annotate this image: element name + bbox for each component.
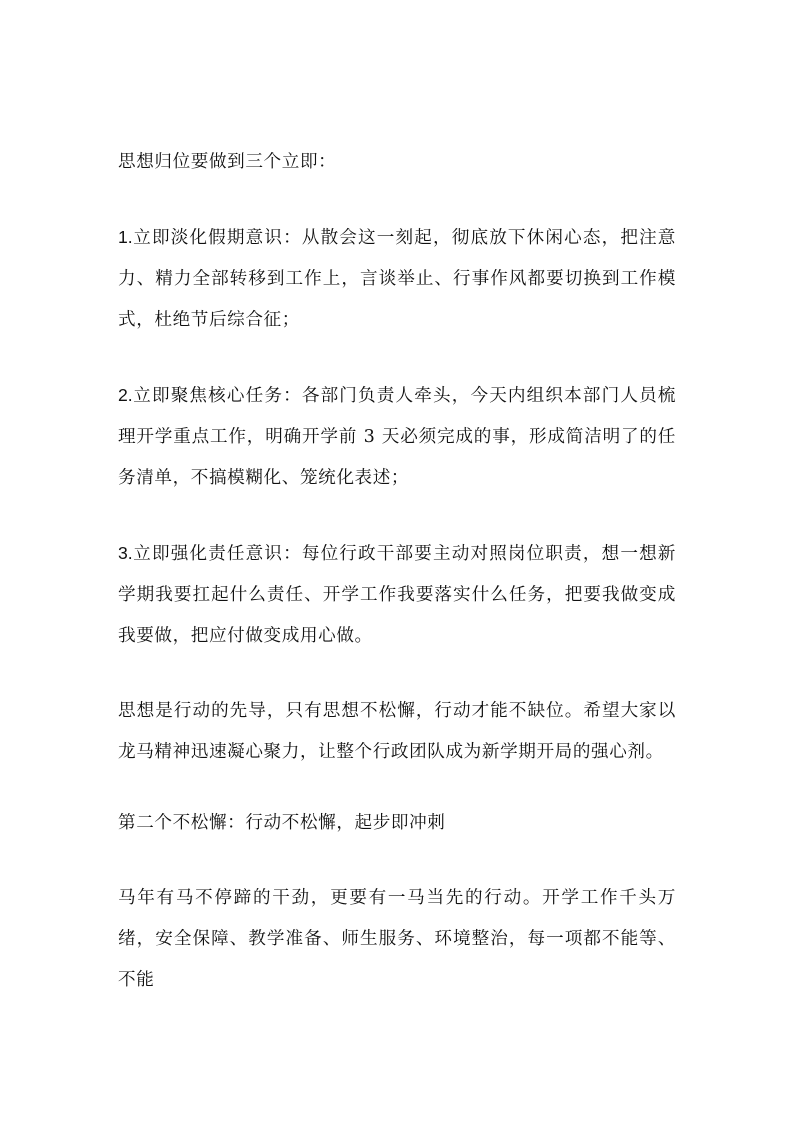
paragraph-spacer — [118, 773, 676, 803]
paragraph-item-3: 3.立即强化责任意识：每位行政干部要主动对照岗位职责，想一想新学期我要扛起什么责… — [118, 533, 676, 657]
paragraph-text: 立即强化责任意识：每位行政干部要主动对照岗位职责，想一想新学期我要扛起什么责任、… — [118, 544, 676, 646]
section-heading: 第二个不松懈：行动不松懈，起步即冲刺 — [118, 803, 676, 844]
paragraph-text: 立即淡化假期意识：从散会这一刻起，彻底放下休闲心态，把注意力、精力全部转移到工作… — [118, 228, 676, 330]
paragraph-text: 马年有马不停蹄的干劲，更要有一马当先的行动。开学工作千头万绪，安全保障、教学准备… — [118, 888, 676, 990]
list-number: 2. — [118, 385, 133, 405]
paragraph-spacer — [118, 341, 676, 375]
paragraph-intro: 思想归位要做到三个立即： — [118, 142, 676, 183]
paragraph-spacer — [118, 657, 676, 691]
paragraph-spacer — [118, 499, 676, 533]
paragraph-body: 马年有马不停蹄的干劲，更要有一马当先的行动。开学工作千头万绪，安全保障、教学准备… — [118, 878, 676, 1001]
paragraph-summary: 思想是行动的先导，只有思想不松懈，行动才能不缺位。希望大家以龙马精神迅速凝心聚力… — [118, 691, 676, 773]
paragraph-item-2: 2.立即聚焦核心任务：各部门负责人牵头，今天内组织本部门人员梳理开学重点工作，明… — [118, 375, 676, 499]
heading-text: 第二个不松懈：行动不松懈，起步即冲刺 — [118, 813, 446, 833]
paragraph-item-1: 1.立即淡化假期意识：从散会这一刻起，彻底放下休闲心态，把注意力、精力全部转移到… — [118, 217, 676, 341]
paragraph-text: 思想归位要做到三个立即： — [118, 152, 336, 172]
document-page: 思想归位要做到三个立即： 1.立即淡化假期意识：从散会这一刻起，彻底放下休闲心态… — [118, 142, 676, 1001]
paragraph-text: 立即聚焦核心任务：各部门负责人牵头，今天内组织本部门人员梳理开学重点工作，明确开… — [118, 386, 676, 488]
paragraph-text: 思想是行动的先导，只有思想不松懈，行动才能不缺位。希望大家以龙马精神迅速凝心聚力… — [118, 701, 676, 762]
list-number: 1. — [118, 227, 133, 247]
paragraph-spacer — [118, 183, 676, 217]
paragraph-spacer — [118, 844, 676, 878]
list-number: 3. — [118, 543, 133, 563]
